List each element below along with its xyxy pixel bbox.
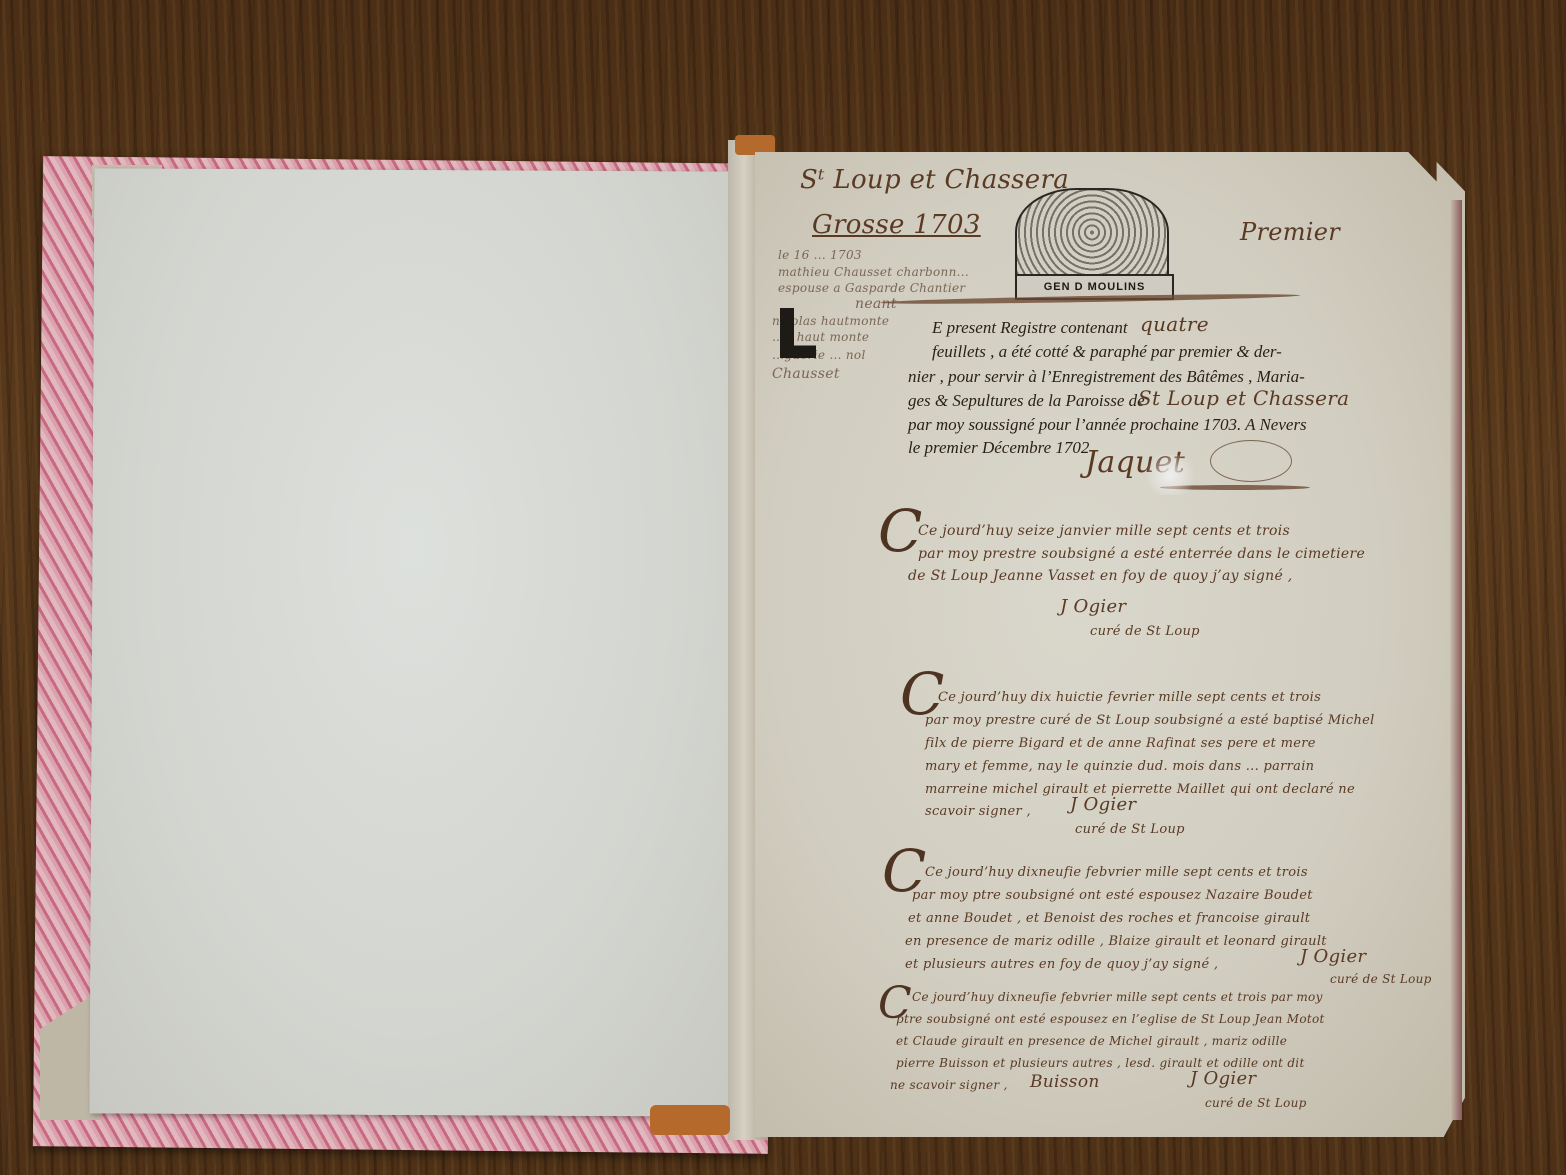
entry-line: Ce jourd’huy dixneufie febvrier mille se… xyxy=(912,990,1323,1004)
priest-signature: J Ogier xyxy=(1060,596,1126,617)
entry-line: par moy ptre soubsigné ont esté espousez… xyxy=(912,888,1313,903)
margin-note: mathieu Chausset charbonn... xyxy=(778,265,969,279)
signature-flourish-icon xyxy=(1210,440,1292,482)
entry-line: scavoir signer , xyxy=(925,804,1031,819)
handwritten-count: quatre xyxy=(1140,312,1209,336)
priest-title: curé de St Loup xyxy=(1090,624,1200,639)
entry-line: Ce jourd’huy dixneufie febvrier mille se… xyxy=(925,865,1308,880)
priest-title: curé de St Loup xyxy=(1205,1096,1307,1110)
entry-line: filx de pierre Bigard et de anne Rafinat… xyxy=(925,736,1316,751)
margin-note: Chausset xyxy=(772,366,840,382)
priest-signature: J Ogier xyxy=(1070,794,1136,815)
preamble-line: feuillets , a été cotté & paraphé par pr… xyxy=(932,342,1282,362)
entry-line: marreine michel girault et pierrette Mai… xyxy=(925,782,1355,797)
parish-title: Sᵗ Loup et Chassera xyxy=(800,165,1069,195)
blank-left-page xyxy=(90,168,735,1116)
priest-title: curé de St Loup xyxy=(1330,972,1432,986)
preamble-line: E present Registre contenant xyxy=(932,318,1128,338)
entry-line: ne scavoir signer , xyxy=(890,1078,1008,1092)
margin-note: le 16 ... 1703 xyxy=(778,248,862,262)
entry-line: et Claude girault en presence de Michel … xyxy=(896,1034,1287,1048)
margin-note: espouse a Gasparde Chantier xyxy=(778,281,965,295)
entry-line: ptre soubsigné ont esté espousez en l’eg… xyxy=(896,1012,1325,1026)
witness-signature: Buisson xyxy=(1030,1072,1100,1092)
entry-line: et anne Boudet , et Benoist des roches e… xyxy=(908,911,1310,926)
preamble-line: le premier Décembre 1702 xyxy=(908,438,1089,458)
page-edge xyxy=(1450,200,1462,1120)
entry-line: Ce jourd’huy seize janvier mille sept ce… xyxy=(918,523,1290,539)
priest-signature: J Ogier xyxy=(1300,946,1366,967)
preamble-line: nier , pour servir à l’Enregistrement de… xyxy=(908,367,1305,387)
preamble-line: par moy soussigné pour l’année prochaine… xyxy=(908,415,1307,435)
paper-stain xyxy=(1140,455,1200,495)
entry-line: mary et femme, nay le quinzie dud. mois … xyxy=(925,759,1314,774)
priest-signature: J Ogier xyxy=(1190,1068,1256,1089)
entry-line: et plusieurs autres en foy de quoy j’ay … xyxy=(905,957,1218,972)
entry-line: par moy prestre curé de St Loup soubsign… xyxy=(925,713,1375,728)
preamble-line: ges & Sepultures de la Paroisse de xyxy=(908,391,1145,411)
spine-bottom xyxy=(650,1105,730,1135)
folio-label: Premier xyxy=(1240,218,1340,246)
handwritten-parish: St Loup et Chassera xyxy=(1138,386,1349,410)
entry-initial: C xyxy=(878,502,922,560)
margin-note: neant xyxy=(855,296,897,312)
entry-line: en presence de mariz odille , Blaize gir… xyxy=(905,934,1327,949)
grosse-year: Grosse 1703 xyxy=(812,210,981,240)
entry-line: de St Loup Jeanne Vasset en foy de quoy … xyxy=(908,568,1293,584)
entry-line: par moy prestre soubsigné a esté enterré… xyxy=(918,546,1365,562)
priest-title: curé de St Loup xyxy=(1075,822,1185,837)
entry-line: Ce jourd’huy dix huictie fevrier mille s… xyxy=(938,690,1321,705)
